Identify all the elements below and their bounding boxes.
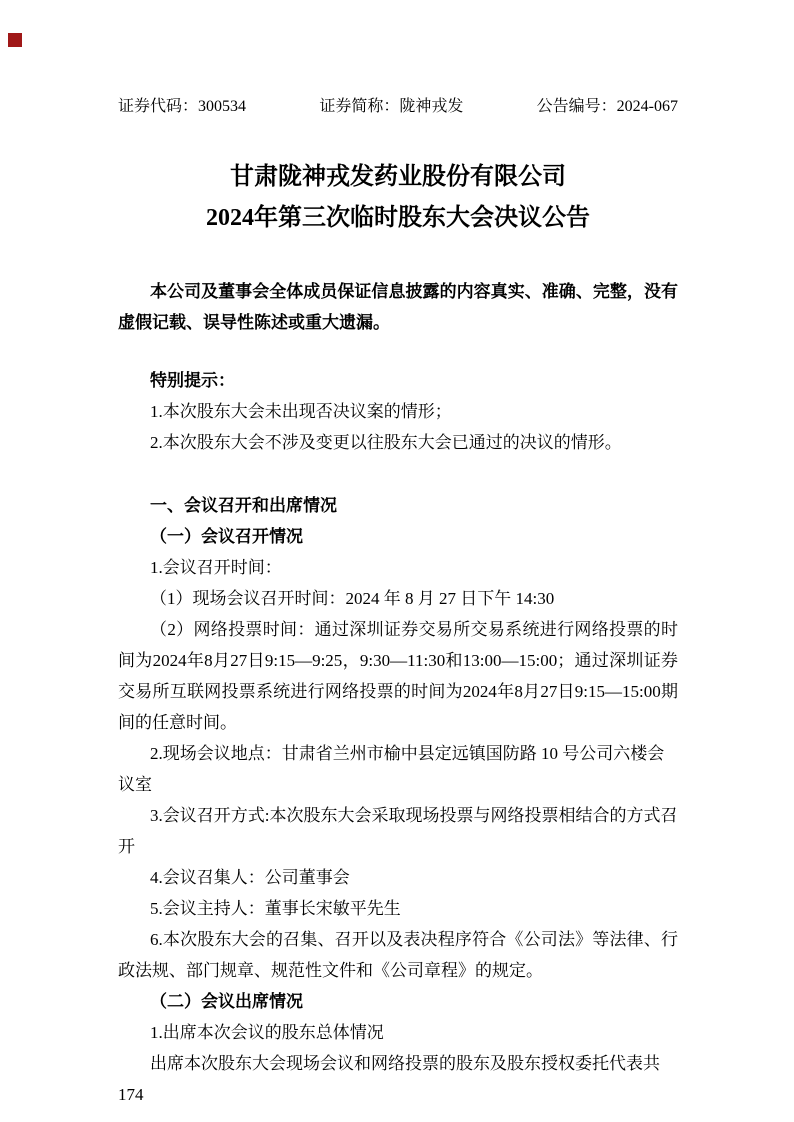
meeting-location: 2.现场会议地点：甘肃省兰州市榆中县定远镇国防路 10 号公司六楼会议室: [118, 738, 678, 800]
stock-code: 证券代码：300534: [118, 96, 246, 117]
onsite-meeting-time: （1）现场会议召开时间：2024 年 8 月 27 日下午 14:30: [118, 583, 678, 614]
network-voting-time: （2）网络投票时间：通过深圳证券交易所交易系统进行网络投票的时间为2024年8月…: [118, 614, 678, 738]
special-note-item-2: 2.本次股东大会不涉及变更以往股东大会已通过的决议的情形。: [118, 427, 678, 458]
document-subtitle: 2024年第三次临时股东大会决议公告: [118, 198, 678, 239]
stock-short-name: 证券简称：陇神戎发: [319, 96, 463, 117]
document-page: 证券代码：300534 证券简称：陇神戎发 公告编号：2024-067 甘肃陇神…: [0, 0, 794, 1122]
attendance-line: 出席本次股东大会现场会议和网络投票的股东及股东授权委托代表共 174: [118, 1048, 678, 1110]
disclosure-statement: 本公司及董事会全体成员保证信息披露的内容真实、准确、完整，没有虚假记载、误导性陈…: [118, 276, 678, 338]
document-title-block: 甘肃陇神戎发药业股份有限公司 2024年第三次临时股东大会决议公告: [118, 157, 678, 239]
subsection-1-1-heading: （一）会议召开情况: [118, 521, 678, 552]
meeting-time-label: 1.会议召开时间：: [118, 552, 678, 583]
subsection-1-2-heading: （二）会议出席情况: [118, 986, 678, 1017]
meeting-convener: 4.会议召集人：公司董事会: [118, 862, 678, 893]
page-content: 证券代码：300534 证券简称：陇神戎发 公告编号：2024-067 甘肃陇神…: [0, 0, 794, 1110]
meeting-method: 3.会议召开方式:本次股东大会采取现场投票与网络投票相结合的方式召开: [118, 800, 678, 862]
attendance-overview-label: 1.出席本次会议的股东总体情况: [118, 1017, 678, 1048]
special-note-item-1: 1.本次股东大会未出现否决议案的情形；: [118, 396, 678, 427]
document-header: 证券代码：300534 证券简称：陇神戎发 公告编号：2024-067: [118, 96, 678, 117]
meeting-host: 5.会议主持人：董事长宋敏平先生: [118, 893, 678, 924]
announcement-number: 公告编号：2024-067: [537, 96, 678, 117]
special-note-heading: 特别提示：: [118, 365, 678, 396]
red-square-marker: [8, 33, 22, 47]
document-title: 甘肃陇神戎发药业股份有限公司: [118, 157, 678, 198]
legality-statement: 6.本次股东大会的召集、召开以及表决程序符合《公司法》等法律、行政法规、部门规章…: [118, 924, 678, 986]
section-1-heading: 一、会议召开和出席情况: [118, 490, 678, 521]
